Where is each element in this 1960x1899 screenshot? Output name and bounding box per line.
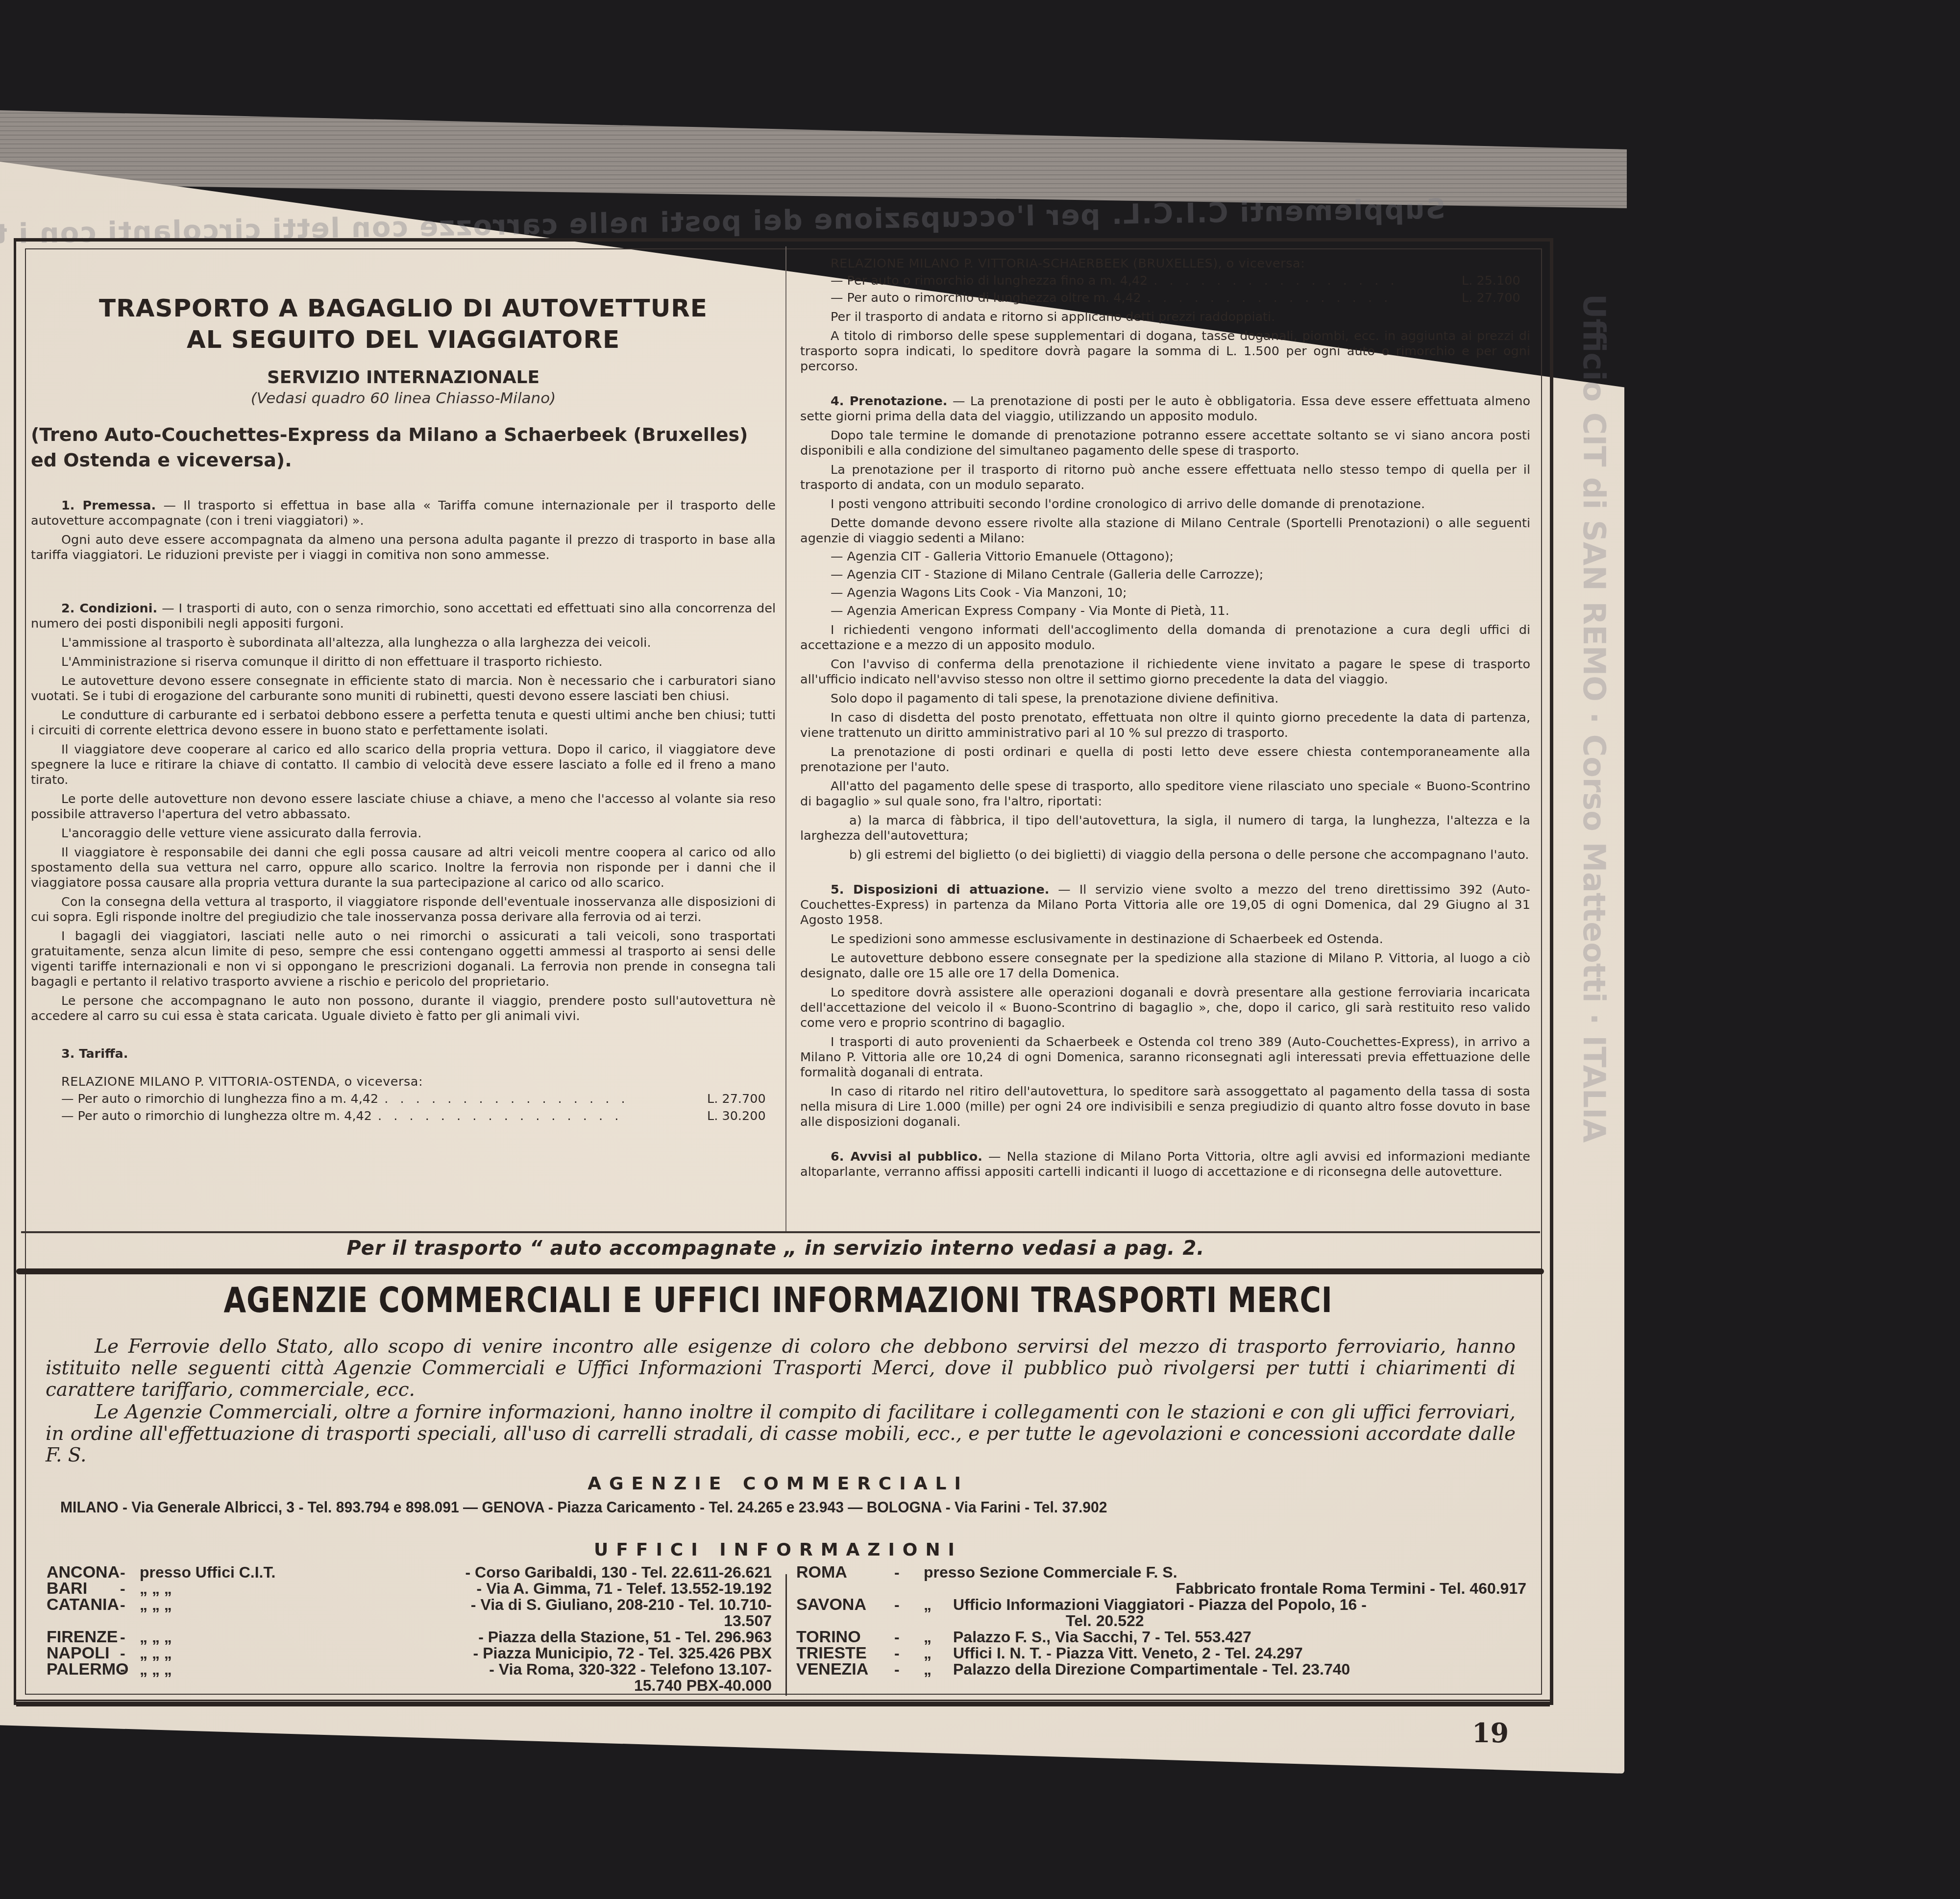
office-address: - Piazza della Stazione, 51 - Tel. 296.9…: [277, 1629, 772, 1645]
rate-label: — Per auto o rimorchio di lunghezza fino…: [831, 273, 1148, 289]
relation-schaerbeek: RELAZIONE MILANO P. VITTORIA-SCHAERBEEK …: [800, 256, 1530, 271]
paragraph: Dopo tale termine le domande di prenotaz…: [800, 428, 1530, 459]
timetable-reference: (Vedasi quadro 60 linea Chiasso-Milano): [31, 391, 776, 406]
rate-amount: L. 27.700: [1462, 291, 1530, 306]
separator: -: [120, 1645, 140, 1661]
leader-dots: . . . . . . . . . . . . . . . .: [372, 1109, 707, 1124]
paragraph: L'Amministrazione si riserva comunque il…: [31, 655, 776, 670]
office-via: [140, 1613, 277, 1629]
internal-service-note: Per il trasporto “ auto accompagnate „ i…: [16, 1237, 1535, 1260]
book-page-edges: [0, 110, 1627, 208]
paragraph: 1. Premessa. — Il trasporto si effettua …: [31, 498, 776, 529]
office-via: „ „ „: [140, 1645, 277, 1661]
leader-dots: . . . . . . . . . . . . . . . .: [1148, 273, 1462, 289]
office-address: - Corso Garibaldi, 130 - Tel. 22.611-26.…: [277, 1564, 772, 1581]
uffici-right-list: ROMA-presso Sezione Commerciale F. S. Fa…: [796, 1564, 1546, 1678]
office-address: Palazzo F. S., Via Sacchi, 7 - Tel. 553.…: [953, 1629, 1546, 1645]
office-city: [796, 1613, 894, 1629]
paragraph: Lo speditore dovrà assistere alle operaz…: [800, 985, 1530, 1031]
office-address: Ufficio Informazioni Viaggiatori - Piazz…: [953, 1597, 1546, 1613]
separator: [894, 1613, 924, 1629]
paragraph: In caso di ritardo nel ritiro dell'autov…: [800, 1084, 1530, 1130]
paragraph: 4. Prenotazione. — La prenotazione di po…: [800, 394, 1530, 424]
paragraph: Le persone che accompagnano le auto non …: [31, 994, 776, 1024]
page-number: 19: [1472, 1717, 1509, 1749]
ditto-mark: „: [924, 1597, 953, 1613]
office-via: [140, 1678, 277, 1694]
office-city: [796, 1581, 894, 1597]
section-heading: 6. Avvisi al pubblico.: [831, 1149, 982, 1164]
column-divider: [785, 246, 786, 1231]
rate-row: — Per auto o rimorchio di lunghezza oltr…: [31, 1109, 776, 1124]
office-address: Tel. 20.522: [924, 1613, 1546, 1629]
list-item-b: b) gli estremi del biglietto (o dei bigl…: [800, 848, 1530, 863]
paragraph: In caso di disdetta del posto prenotato,…: [800, 710, 1530, 741]
thick-divider: [16, 1268, 1544, 1274]
office-row: TORINO-„Palazzo F. S., Via Sacchi, 7 - T…: [796, 1629, 1546, 1645]
office-address: - Via A. Gimma, 71 - Telef. 13.552-19.19…: [277, 1581, 772, 1597]
office-row: ROMA-presso Sezione Commerciale F. S.: [796, 1564, 1546, 1581]
content-frame: TRASPORTO A BAGAGLIO DI AUTOVETTURE AL S…: [14, 238, 1553, 1705]
office-address: - Piazza Municipio, 72 - Tel. 325.426 PB…: [277, 1645, 772, 1661]
section-premessa: 1. Premessa. — Il trasporto si effettua …: [31, 498, 776, 563]
paragraph: Per il trasporto di andata e ritorno si …: [800, 310, 1530, 325]
rate-amount: L. 30.200: [707, 1109, 776, 1124]
separator: -: [120, 1597, 140, 1613]
separator: [120, 1613, 140, 1629]
paragraph: Solo dopo il pagamento di tali spese, la…: [800, 691, 1530, 706]
right-column: RELAZIONE MILANO P. VITTORIA-SCHAERBEEK …: [800, 256, 1530, 1180]
office-city: NAPOLI: [47, 1645, 120, 1661]
article-subtitle: SERVIZIO INTERNAZIONALE: [31, 370, 776, 385]
leader-dots: . . . . . . . . . . . . . . . .: [378, 1092, 707, 1107]
office-address: 15.740 PBX-40.000: [277, 1678, 772, 1694]
rate-row: — Per auto o rimorchio di lunghezza oltr…: [800, 291, 1530, 306]
office-via: „ „ „: [140, 1597, 277, 1613]
paragraph: Il viaggiatore è responsabile dei danni …: [31, 845, 776, 891]
office-address: 13.507: [277, 1613, 772, 1629]
rate-row: — Per auto o rimorchio di lunghezza fino…: [800, 273, 1530, 289]
office-address: Fabbricato frontale Roma Termini - Tel. …: [924, 1581, 1546, 1597]
separator: -: [120, 1661, 140, 1678]
paragraph: All'atto del pagamento delle spese di tr…: [800, 779, 1530, 809]
rate-amount: L. 27.700: [707, 1092, 776, 1107]
office-row: CATANIA-„ „ „- Via di S. Giuliano, 208-2…: [47, 1597, 772, 1613]
separator: -: [894, 1629, 924, 1645]
office-city: SAVONA: [796, 1597, 894, 1613]
office-via: „ „ „: [140, 1661, 277, 1678]
section-heading: 1. Premessa.: [61, 498, 156, 513]
leader-dots: . . . . . . . . . . . . . . . .: [1141, 291, 1462, 306]
separator: -: [894, 1597, 924, 1613]
office-city: [47, 1613, 120, 1629]
paragraph: Il viaggiatore deve cooperare al carico …: [31, 742, 776, 788]
section-prenotazione: 4. Prenotazione. — La prenotazione di po…: [800, 394, 1530, 863]
office-row: 15.740 PBX-40.000: [47, 1678, 772, 1694]
bleed-through-spine-text: Ufficio CIT di SAN REMO · Corso Matteott…: [1563, 294, 1612, 1666]
office-city: TORINO: [796, 1629, 894, 1645]
paragraph: I richiedenti vengono informati dell'acc…: [800, 623, 1530, 653]
left-column: TRASPORTO A BAGAGLIO DI AUTOVETTURE AL S…: [31, 253, 776, 1124]
office-row: NAPOLI-„ „ „- Piazza Municipio, 72 - Tel…: [47, 1645, 772, 1661]
paragraph: Le Ferrovie dello Stato, allo scopo di v…: [46, 1336, 1516, 1401]
section-heading-tariffa: 3. Tariffa.: [31, 1047, 776, 1062]
article-title-line-1: TRASPORTO A BAGAGLIO DI AUTOVETTURE: [31, 292, 776, 324]
paragraph: Dette domande devono essere rivolte alla…: [800, 516, 1530, 546]
office-row: Fabbricato frontale Roma Termini - Tel. …: [796, 1581, 1546, 1597]
paragraph: A titolo di rimborso delle spese supplem…: [800, 329, 1530, 374]
separator: -: [120, 1581, 140, 1597]
merci-intro: Le Ferrovie dello Stato, allo scopo di v…: [46, 1335, 1516, 1466]
paragraph: I trasporti di auto provenienti da Schae…: [800, 1035, 1530, 1080]
office-city: ROMA: [796, 1564, 894, 1581]
paragraph: La prenotazione di posti ordinari e quel…: [800, 745, 1530, 775]
article-title-line-2: AL SEGUITO DEL VIAGGIATORE: [31, 324, 776, 355]
paragraph: Le condutture di carburante ed i serbato…: [31, 708, 776, 738]
office-row: PALERMO-„ „ „- Via Roma, 320-322 - Telef…: [47, 1661, 772, 1678]
office-row: VENEZIA-„Palazzo della Direzione Compart…: [796, 1661, 1546, 1678]
uffici-column-divider: [785, 1574, 787, 1696]
office-address: - Via Roma, 320-322 - Telefono 13.107-: [277, 1661, 772, 1678]
agenzie-commerciali-list: MILANO - Via Generale Albricci, 3 - Tel.…: [60, 1498, 1442, 1516]
office-row: FIRENZE-„ „ „- Piazza della Stazione, 51…: [47, 1629, 772, 1645]
paragraph: L'ammissione al trasporto è subordinata …: [31, 635, 776, 651]
office-row: Tel. 20.522: [796, 1613, 1546, 1629]
rate-amount: L. 25.100: [1462, 273, 1530, 289]
office-via: „ „ „: [140, 1581, 277, 1597]
ditto-mark: „: [924, 1645, 953, 1661]
section-heading: 2. Condizioni.: [61, 601, 157, 616]
office-address: Uffici I. N. T. - Piazza Vitt. Veneto, 2…: [953, 1645, 1546, 1661]
office-address: - Via di S. Giuliano, 208-210 - Tel. 10.…: [277, 1597, 772, 1613]
rate-label: — Per auto o rimorchio di lunghezza oltr…: [61, 1109, 372, 1124]
paragraph: Con l'avviso di conferma della prenotazi…: [800, 657, 1530, 687]
section-condizioni: 2. Condizioni. — I trasporti di auto, co…: [31, 601, 776, 1024]
office-city: CATANIA: [47, 1597, 120, 1613]
section-heading: 5. Disposizioni di attuazione.: [831, 882, 1049, 897]
office-city: VENEZIA: [796, 1661, 894, 1678]
paragraph: 2. Condizioni. — I trasporti di auto, co…: [31, 601, 776, 632]
paragraph: I bagagli dei viaggiatori, lasciati nell…: [31, 929, 776, 990]
office-row: ANCONA-presso Uffici C.I.T.- Corso Garib…: [47, 1564, 772, 1581]
separator: [120, 1678, 140, 1694]
separator: -: [120, 1629, 140, 1645]
office-city: ANCONA: [47, 1564, 120, 1581]
paragraph: I posti vengono attribuiti secondo l'ord…: [800, 497, 1530, 512]
rate-label: — Per auto o rimorchio di lunghezza fino…: [61, 1092, 378, 1107]
agency-list-item: — Agenzia Wagons Lits Cook - Via Manzoni…: [800, 585, 1530, 601]
separator: [894, 1581, 924, 1597]
office-row: SAVONA-„Ufficio Informazioni Viaggiatori…: [796, 1597, 1546, 1613]
rate-label: — Per auto o rimorchio di lunghezza oltr…: [831, 291, 1141, 306]
agency-list-item: — Agenzia CIT - Galleria Vittorio Emanue…: [800, 549, 1530, 564]
list-item-a: a) la marca di fàbbrica, il tipo dell'au…: [800, 813, 1530, 844]
office-city: FIRENZE: [47, 1629, 120, 1645]
separator: -: [120, 1564, 140, 1581]
office-city: PALERMO: [47, 1661, 120, 1678]
agenzie-commerciali-heading: AGENZIE COMMERCIALI: [16, 1474, 1540, 1494]
train-description: (Treno Auto-Couchettes-Express da Milano…: [31, 422, 776, 473]
office-row: BARI-„ „ „- Via A. Gimma, 71 - Telef. 13…: [47, 1581, 772, 1597]
agency-list-item: — Agenzia CIT - Stazione di Milano Centr…: [800, 567, 1530, 583]
paragraph: Le Agenzie Commerciali, oltre a fornire …: [46, 1402, 1516, 1466]
agency-list-item: — Agenzia American Express Company - Via…: [800, 604, 1530, 619]
divider-line: [21, 1231, 1540, 1233]
uffici-left-list: ANCONA-presso Uffici C.I.T.- Corso Garib…: [47, 1564, 772, 1694]
section-avvisi: 6. Avvisi al pubblico. — Nella stazione …: [800, 1149, 1530, 1180]
office-row: TRIESTE-„Uffici I. N. T. - Piazza Vitt. …: [796, 1645, 1546, 1661]
paragraph: 6. Avvisi al pubblico. — Nella stazione …: [800, 1149, 1530, 1180]
paragraph: Con la consegna della vettura al traspor…: [31, 895, 776, 925]
uffici-informazioni-heading: UFFICI INFORMAZIONI: [16, 1540, 1540, 1560]
ditto-mark: „: [924, 1661, 953, 1678]
office-row: 13.507: [47, 1613, 772, 1629]
merci-section-title: AGENZIE COMMERCIALI E UFFICI INFORMAZION…: [153, 1279, 1403, 1320]
office-city: TRIESTE: [796, 1645, 894, 1661]
section-disposizioni: 5. Disposizioni di attuazione. — Il serv…: [800, 882, 1530, 1130]
separator: -: [894, 1661, 924, 1678]
separator: -: [894, 1645, 924, 1661]
paragraph: Ogni auto deve essere accompagnata da al…: [31, 533, 776, 563]
paragraph: Le autovetture devono essere consegnate …: [31, 674, 776, 704]
office-address: Palazzo della Direzione Compartimentale …: [953, 1661, 1546, 1678]
ditto-mark: „: [924, 1629, 953, 1645]
office-city: [47, 1678, 120, 1694]
paragraph: La prenotazione per il trasporto di rito…: [800, 463, 1530, 493]
article-title: TRASPORTO A BAGAGLIO DI AUTOVETTURE AL S…: [31, 292, 776, 355]
office-via: „ „ „: [140, 1629, 277, 1645]
paragraph: Le autovetture debbono essere consegnate…: [800, 951, 1530, 981]
separator: -: [894, 1564, 924, 1581]
section-heading: 4. Prenotazione.: [831, 394, 948, 409]
bottom-double-rule: [16, 1700, 1550, 1706]
office-address: presso Sezione Commerciale F. S.: [924, 1564, 1546, 1581]
paragraph: Le spedizioni sono ammesse esclusivament…: [800, 932, 1530, 947]
rate-row: — Per auto o rimorchio di lunghezza fino…: [31, 1092, 776, 1107]
office-city: BARI: [47, 1581, 120, 1597]
relation-ostenda: RELAZIONE MILANO P. VITTORIA-OSTENDA, o …: [31, 1074, 776, 1090]
paragraph: L'ancoraggio delle vetture viene assicur…: [31, 826, 776, 841]
office-via: presso Uffici C.I.T.: [140, 1564, 277, 1581]
paragraph: Le porte delle autovetture non devono es…: [31, 792, 776, 822]
paragraph: 5. Disposizioni di attuazione. — Il serv…: [800, 882, 1530, 928]
